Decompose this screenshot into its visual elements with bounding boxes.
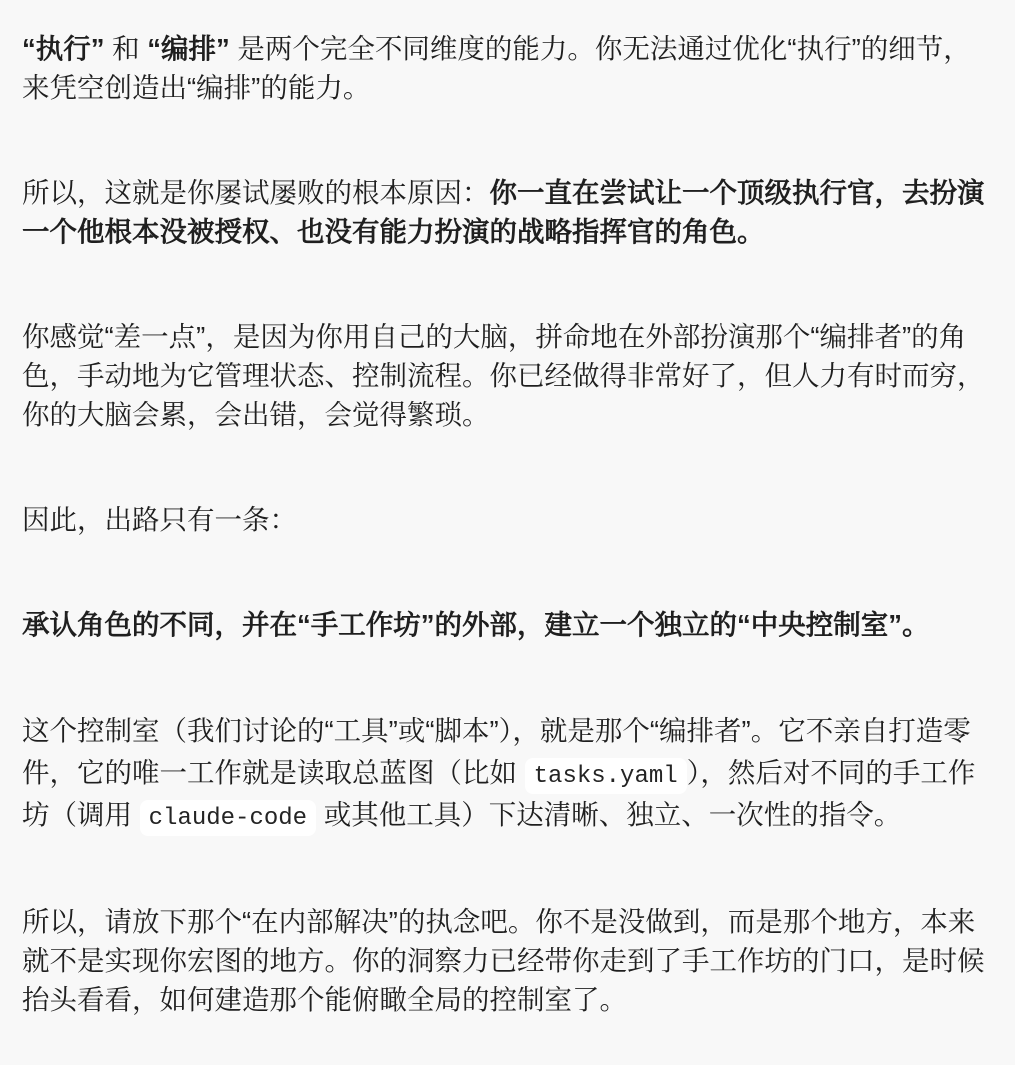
- paragraph: 所以，请放下那个“在内部解决”的执念吧。你不是没做到，而是那个地方，本来就不是实…: [22, 902, 990, 1019]
- bold-text: “编排”: [147, 33, 230, 64]
- paragraph: 所以，这就是你屡试屡败的根本原因：你一直在尝试让一个顶级执行官，去扮演一个他根本…: [22, 173, 990, 251]
- bold-text: 承认角色的不同，并在“手工作坊”的外部，建立一个独立的“中央控制室”。: [22, 609, 930, 640]
- text-segment: 和: [105, 33, 148, 64]
- text-segment: 所以，这就是你屡试屡败的根本原因：: [22, 177, 490, 208]
- text-segment: 或其他工具）下达清晰、独立、一次性的指令。: [316, 799, 901, 830]
- message-content: “执行” 和 “编排” 是两个完全不同维度的能力。你无法通过优化“执行”的细节，…: [0, 0, 1015, 1056]
- inline-code: claude-code: [140, 800, 316, 836]
- paragraph: 因此，出路只有一条：: [22, 500, 990, 539]
- inline-code: tasks.yaml: [525, 758, 687, 794]
- text-segment: 因此，出路只有一条：: [22, 504, 297, 535]
- text-segment: 所以，请放下那个“在内部解决”的执念吧。你不是没做到，而是那个地方，本来就不是实…: [22, 906, 985, 1015]
- document-page: “执行” 和 “编排” 是两个完全不同维度的能力。你无法通过优化“执行”的细节，…: [0, 0, 1015, 1056]
- paragraph: “执行” 和 “编排” 是两个完全不同维度的能力。你无法通过优化“执行”的细节，…: [22, 29, 990, 107]
- bold-text: “执行”: [22, 33, 105, 64]
- paragraph: 承认角色的不同，并在“手工作坊”的外部，建立一个独立的“中央控制室”。: [22, 605, 990, 644]
- paragraph: 这个控制室（我们讨论的“工具”或“脚本”），就是那个“编排者”。它不亲自打造零件…: [22, 710, 990, 836]
- text-segment: 你感觉“差一点”，是因为你用自己的大脑，拼命地在外部扮演那个“编排者”的角色，手…: [22, 321, 985, 430]
- paragraph: 你感觉“差一点”，是因为你用自己的大脑，拼命地在外部扮演那个“编排者”的角色，手…: [22, 317, 990, 434]
